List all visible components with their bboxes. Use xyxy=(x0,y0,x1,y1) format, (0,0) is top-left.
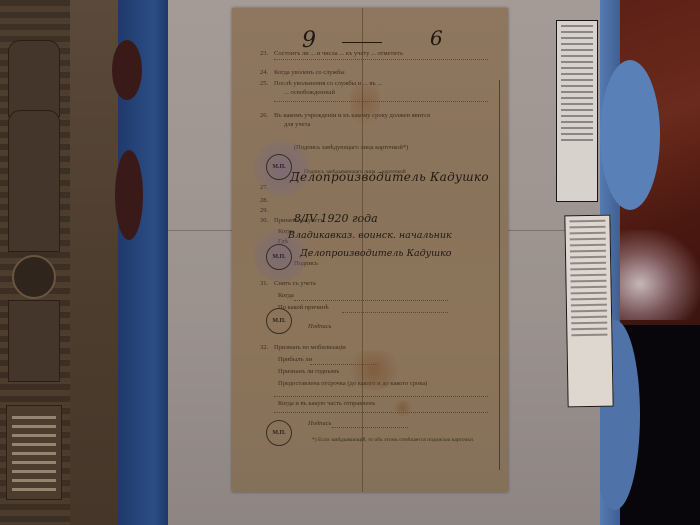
entry-line xyxy=(274,412,488,413)
entry-line xyxy=(274,396,488,397)
item-label: Состоитъ ли ... и числа ... къ учету ...… xyxy=(274,50,403,58)
item-number: 24. xyxy=(260,69,268,77)
item-number: 28. xyxy=(260,197,268,205)
ornament-panel-top xyxy=(8,40,60,117)
form-footnote: *) Если завѣдывающій, то объ этомъ отмѣч… xyxy=(312,437,474,443)
entry-line xyxy=(342,312,448,313)
form-fold-line xyxy=(362,8,363,492)
seal-stamp: М.П. xyxy=(266,308,292,334)
photo-scene: 23.Состоитъ ли ... и числа ... къ учету … xyxy=(0,0,700,525)
entry-line xyxy=(274,59,488,60)
entry-line xyxy=(332,427,408,428)
item-label: для учета xyxy=(284,121,310,129)
handwritten-place: Владикавказ. воинск. начальник xyxy=(288,230,452,241)
seal-stamp: М.П. xyxy=(266,154,292,180)
item-number: 32. xyxy=(260,344,268,352)
item-label: ... освобожденный xyxy=(284,89,335,97)
handwritten-signature: Делопроизводитель Кадушко xyxy=(300,248,452,259)
item-label: Когда уволенъ со службы xyxy=(274,69,345,77)
item-number: 31. xyxy=(260,280,268,288)
water-stain xyxy=(350,73,380,133)
water-stain xyxy=(344,350,404,390)
item-number: 29. xyxy=(260,207,268,215)
item-label: Подпись xyxy=(308,323,332,331)
certificate-text-panel xyxy=(6,405,62,500)
water-stain xyxy=(392,400,414,416)
newspaper-clipping-top xyxy=(556,20,598,202)
seal-stamp: М.П. xyxy=(266,420,292,446)
handwritten-digit: 9 xyxy=(302,28,316,53)
item-number: 26. xyxy=(260,112,268,120)
handwritten-signature: Делопроизводитель Кадушко xyxy=(290,170,489,184)
mat-scallop xyxy=(115,150,143,240)
eagle-emblem-icon xyxy=(8,300,60,382)
newspaper-clipping-bottom xyxy=(564,215,613,408)
item-number: 25. xyxy=(260,80,268,88)
medallion-icon xyxy=(12,255,56,299)
item-label: Когда и въ какую часть отправленъ xyxy=(278,400,375,408)
item-number: 30. xyxy=(260,217,268,225)
item-number: 23. xyxy=(260,50,268,58)
handwritten-digit: 6 xyxy=(430,26,443,50)
mat-scallop xyxy=(600,60,660,210)
item-label: Подпись xyxy=(308,420,332,428)
form-right-rule xyxy=(499,80,500,470)
item-label: Призванъ по мобилизаціи xyxy=(274,344,346,352)
item-label: (Подпись завѣдующаго лица карточкой*) xyxy=(294,144,408,152)
mat-scallop xyxy=(112,40,142,100)
ornament-panel-middle xyxy=(8,110,60,252)
seal-stamp: М.П. xyxy=(266,244,292,270)
entry-line xyxy=(294,300,448,301)
item-label: Прибылъ ли xyxy=(278,356,312,364)
item-label: Когда xyxy=(278,292,294,300)
item-label: Признанъ ли годнымъ xyxy=(278,368,339,376)
registration-form: 23.Состоитъ ли ... и числа ... къ учету … xyxy=(232,8,508,492)
handwritten-date: 8/IV 1920 года xyxy=(294,212,378,225)
entry-line xyxy=(274,101,488,102)
